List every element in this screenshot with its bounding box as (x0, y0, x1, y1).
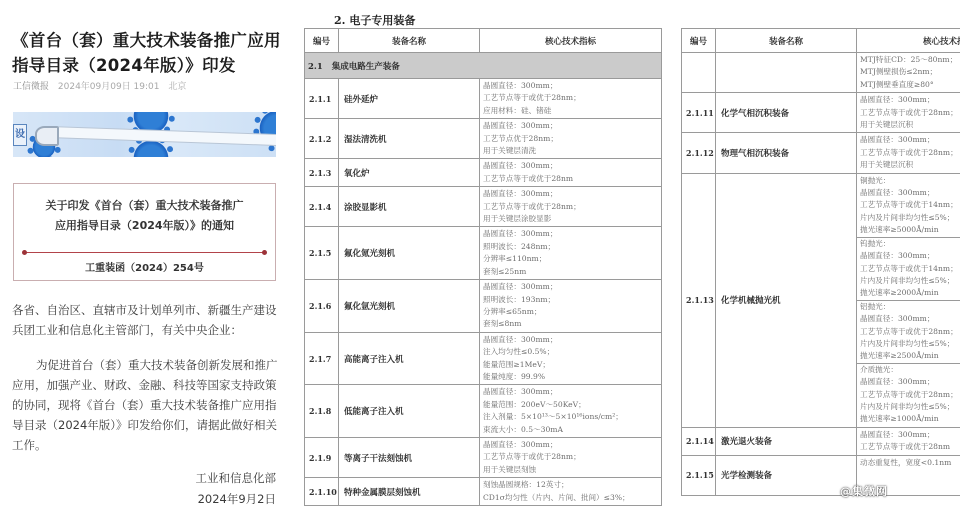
spec-line: 晶圆直径：300mm； (860, 313, 960, 325)
spec-line: 晶圆直径：300mm； (860, 187, 960, 199)
spec-line: 用于关键层清洗 (483, 145, 661, 157)
equipment-code: 2.1.6 (305, 280, 339, 333)
table-row: 2.1.11化学气相沉积装备晶圆直径：300mm；工艺节点等于或优于28nm；用… (682, 93, 960, 133)
signoff-organization: 工业和信息化部 (76, 470, 276, 486)
table-row: 2.1.15光学检测装备动态重复性，宽度<0.1nm (682, 455, 960, 495)
table-group-row: 2.1 集成电路生产装备 (305, 53, 662, 79)
table-row: 2.1.4涂胶显影机晶圆直径：300mm；工艺节点等于或优于28nm；用于关键层… (305, 187, 662, 227)
table-row: 2.1.8低能离子注入机晶圆直径：300mm；能量范围：200eV～50KeV；… (305, 385, 662, 438)
spec-line: 能量范围≥1MeV； (483, 359, 661, 371)
spec-line: 工艺节点等于或优于14nm； (860, 199, 960, 211)
equipment-code: 2.1.12 (682, 133, 716, 173)
equipment-code: 2.1.5 (305, 227, 339, 280)
spec-line: 晶圆直径：300mm； (860, 376, 960, 388)
spec-line: 动态重复性，宽度<0.1nm (860, 457, 960, 469)
spec-line: 照明波长：193nm； (483, 294, 661, 306)
table-row: 2.1.2湿法清洗机晶圆直径：300mm；工艺节点优于28nm；用于关键层清洗 (305, 119, 662, 159)
equipment-specs: 晶圆直径：300mm；工艺节点等于或优于28nm；用于关键层沉积 (857, 133, 960, 173)
equipment-specs: 晶圆直径：300mm；照明波长：193nm；分辨率≤65nm；套刻≤8nm (480, 280, 662, 333)
equipment-specs: 晶圆直径：300mm；能量范围：200eV～50KeV；注入剂量：5×10¹³～… (480, 385, 662, 438)
equipment-name: 物理气相沉积装备 (716, 133, 857, 173)
equipment-name: 激光退火装备 (716, 427, 857, 455)
spec-line: 晶圆直径：300mm； (483, 386, 661, 398)
watermark: @集微网 (840, 483, 888, 499)
spec-line: 抛光速率≥5000Å/min (860, 224, 960, 236)
spec-line: 晶圆直径：300mm； (860, 429, 960, 441)
spec-line: 用于关键层刻蚀 (483, 464, 661, 476)
spec-line: 工艺节点等于或优于28nm (483, 173, 661, 185)
equipment-name: 化学气相沉积装备 (716, 93, 857, 133)
equipment-code: 2.1.13 (682, 173, 716, 427)
spec-line: 片内及片间非均匀性≤5%； (860, 212, 960, 224)
equipment-name: 湿法清洗机 (339, 119, 480, 159)
equipment-name: 氟化氪光刻机 (339, 227, 480, 280)
spec-line: 用于关键层涂胶显影 (483, 213, 661, 225)
equipment-specs: 铜抛光：晶圆直径：300mm；工艺节点等于或优于14nm；片内及片间非均匀性≤5… (857, 173, 960, 427)
article-datetime: 2024年09月09日 19:01 (58, 82, 160, 92)
table-row: 2.1.5氟化氪光刻机晶圆直径：300mm；照明波长：248nm；分辨率≤110… (305, 227, 662, 280)
spec-line: 钨抛光： (860, 238, 960, 250)
equipment-name: 硅外延炉 (339, 79, 480, 119)
article-location: 北京 (168, 82, 186, 92)
spec-line: 套刻≤25nm (483, 266, 661, 278)
spec-line: 工艺节点等于或优于28nm； (483, 92, 661, 104)
table-row: 2.1.3氧化炉晶圆直径：300mm；工艺节点等于或优于28nm (305, 159, 662, 187)
equipment-specs: 晶圆直径：300mm；工艺节点等于或优于28nm；应用材料：硅、锗硅 (480, 79, 662, 119)
equipment-specs: 晶圆直径：300mm；注入均匀性≤0.5%；能量范围≥1MeV；能量纯度：99.… (480, 332, 662, 385)
spec-line: 应用材料：硅、锗硅 (483, 105, 661, 117)
spec-line: 抛光速率≥2500Å/min (860, 350, 960, 362)
equipment-table-continued: 编号 装备名称 核心技术指标 MTJ特征CD：25～80nm；MTJ侧壁损伤≤2… (681, 28, 960, 496)
spec-line: 刻蚀晶圆规格：12英寸； (483, 479, 661, 491)
table-row: 2.1.13化学机械抛光机铜抛光：晶圆直径：300mm；工艺节点等于或优于14n… (682, 173, 960, 427)
spec-line: 工艺节点等于或优于14nm； (860, 263, 960, 275)
spec-line: 用于关键层沉积 (860, 119, 960, 131)
spec-line: 晶圆直径：300mm； (483, 228, 661, 240)
spec-line: 能量纯度：99.9% (483, 371, 661, 383)
equipment-specs: 晶圆直径：300mm；工艺节点等于或优于28nm；用于关键层沉积 (857, 93, 960, 133)
spec-line: 铝抛光： (860, 301, 960, 313)
equipment-table: 编号 装备名称 核心技术指标 2.1 集成电路生产装备 2.1.1硅外延炉晶圆直… (304, 28, 662, 506)
table-row-continued: MTJ特征CD：25～80nm；MTJ侧壁损伤≤2nm；MTJ侧壁垂直度≥80° (682, 53, 960, 93)
red-divider (24, 252, 265, 253)
spec-line: 抛光速率≥1000Å/min (860, 413, 960, 425)
article-meta: 工信微报 2024年09月09日 19:01 北京 (13, 79, 192, 92)
article-source[interactable]: 工信微报 (13, 82, 49, 92)
equipment-name: 化学机械抛光机 (716, 173, 857, 427)
spec-line: CD1σ均匀性（片内、片间、批间）≤3%； (483, 492, 661, 504)
equipment-specs: 晶圆直径：300mm；工艺节点等于或优于28nm (857, 427, 960, 455)
equipment-name: 氧化炉 (339, 159, 480, 187)
spec-line: 工艺节点等于或优于28nm (860, 441, 960, 453)
spec-line: 晶圆直径：300mm； (483, 80, 661, 92)
equipment-specs: 晶圆直径：300mm；工艺节点优于28nm；用于关键层清洗 (480, 119, 662, 159)
spec-line: 工艺节点等于或优于28nm； (860, 107, 960, 119)
spec-line: 晶圆直径：300mm； (860, 94, 960, 106)
spec-line: 片内及片间非均匀性≤5%； (860, 275, 960, 287)
table-row: 2.1.7高能离子注入机晶圆直径：300mm；注入均匀性≤0.5%；能量范围≥1… (305, 332, 662, 385)
spec-line: 能量范围：200eV～50KeV； (483, 399, 661, 411)
table-header-row: 编号 装备名称 核心技术指标 (682, 29, 960, 53)
spec-line (860, 469, 960, 481)
spec-line: 照明波长：248nm； (483, 241, 661, 253)
spec-line: 晶圆直径：300mm； (860, 134, 960, 146)
spec-subgroup: 铝抛光：晶圆直径：300mm；工艺节点等于或优于28nm；片内及片间非均匀性≤5… (857, 300, 960, 363)
table-header-row: 编号 装备名称 核心技术指标 (305, 29, 662, 53)
article-panel: 《首台（套）重大技术装备推广应用指导目录（2024年版）》印发 工信微报 202… (0, 0, 290, 516)
column-header-name: 装备名称 (716, 29, 857, 53)
spec-line: 工艺节点等于或优于28nm； (860, 326, 960, 338)
notice-doc-number: 工重装函（2024）254号 (14, 259, 275, 274)
equipment-code: 2.1.14 (682, 427, 716, 455)
spec-line: 工艺节点等于或优于28nm； (483, 201, 661, 213)
spec-line: MTJ特征CD：25～80nm； (860, 54, 960, 66)
spec-line: 铜抛光： (860, 175, 960, 187)
spec-line: 工艺节点等于或优于28nm； (860, 389, 960, 401)
spec-line: 束流大小：0.5～30mA (483, 424, 661, 436)
spec-line: 介质抛光： (860, 364, 960, 376)
notice-title-line2: 应用指导目录（2024年版）》的通知 (14, 216, 275, 236)
equipment-code: 2.1.7 (305, 332, 339, 385)
spec-line: 晶圆直径：300mm； (483, 120, 661, 132)
spec-line: MTJ侧壁垂直度≥80° (860, 79, 960, 91)
catalog-page-2: 编号 装备名称 核心技术指标 MTJ特征CD：25～80nm；MTJ侧壁损伤≤2… (677, 0, 960, 516)
equipment-code: 2.1.15 (682, 455, 716, 495)
spec-line: 片内及片间非均匀性≤5%； (860, 338, 960, 350)
column-header-specs: 核心技术指标 (857, 29, 960, 53)
equipment-code: 2.1.4 (305, 187, 339, 227)
spec-line: 注入剂量：5×10¹³～5×10¹⁶ions/cm²； (483, 411, 661, 423)
spec-line: 片内及片间非均匀性≤5%； (860, 401, 960, 413)
equipment-code: 2.1.3 (305, 159, 339, 187)
spec-line: 用于关键层沉积 (860, 159, 960, 171)
body-paragraph: 为促进首台（套）重大技术装备创新发展和推广应用，加强产业、财政、金融、科技等国家… (12, 355, 282, 455)
equipment-code: 2.1.10 (305, 478, 339, 506)
table-row: 2.1.10特种金属膜层刻蚀机刻蚀晶圆规格：12英寸；CD1σ均匀性（片内、片间… (305, 478, 662, 506)
spec-subgroup: 钨抛光：晶圆直径：300mm；工艺节点等于或优于14nm；片内及片间非均匀性≤5… (857, 237, 960, 300)
notice-title-line1: 关于印发《首台（套）重大技术装备推广 (14, 196, 275, 216)
equipment-code: 2.1.2 (305, 119, 339, 159)
table-row: 2.1.12物理气相沉积装备晶圆直径：300mm；工艺节点等于或优于28nm；用… (682, 133, 960, 173)
equipment-code: 2.1.9 (305, 437, 339, 477)
spec-line: 分辨率≤65nm； (483, 306, 661, 318)
column-header-specs: 核心技术指标 (480, 29, 662, 53)
spec-line: 抛光速率≥2000Å/min (860, 287, 960, 299)
banner-logo: 设 (13, 124, 27, 146)
signoff-date: 2024年9月2日 (76, 491, 276, 507)
spec-line: 晶圆直径：300mm； (483, 334, 661, 346)
equipment-code: 2.1.11 (682, 93, 716, 133)
spec-line: MTJ侧壁损伤≤2nm； (860, 66, 960, 78)
equipment-name: 光学检测装备 (716, 455, 857, 495)
notice-title: 关于印发《首台（套）重大技术装备推广 应用指导目录（2024年版）》的通知 (14, 196, 275, 236)
spec-subgroup: 介质抛光：晶圆直径：300mm；工艺节点等于或优于28nm；片内及片间非均匀性≤… (857, 363, 960, 426)
equipment-specs: 晶圆直径：300mm；工艺节点等于或优于28nm；用于关键层刻蚀 (480, 437, 662, 477)
group-label: 2.1 集成电路生产装备 (305, 53, 662, 79)
equipment-code: 2.1.1 (305, 79, 339, 119)
continued-specs: MTJ特征CD：25～80nm；MTJ侧壁损伤≤2nm；MTJ侧壁垂直度≥80° (857, 53, 960, 93)
spec-subgroup: 铜抛光：晶圆直径：300mm；工艺节点等于或优于14nm；片内及片间非均匀性≤5… (857, 175, 960, 237)
equipment-specs: 晶圆直径：300mm；工艺节点等于或优于28nm (480, 159, 662, 187)
spec-line: 晶圆直径：300mm； (483, 439, 661, 451)
equipment-specs: 晶圆直径：300mm；工艺节点等于或优于28nm；用于关键层涂胶显影 (480, 187, 662, 227)
column-header-name: 装备名称 (339, 29, 480, 53)
spec-line: 晶圆直径：300mm； (483, 281, 661, 293)
equipment-code: 2.1.8 (305, 385, 339, 438)
robot-claw-graphic (35, 126, 59, 146)
equipment-name: 等离子干法刻蚀机 (339, 437, 480, 477)
equipment-name: 涂胶显影机 (339, 187, 480, 227)
salutation-paragraph: 各省、自治区、直辖市及计划单列市、新疆生产建设兵团工业和信息化主管部门，有关中央… (12, 300, 282, 340)
spec-line: 晶圆直径：300mm； (483, 188, 661, 200)
spec-line: 晶圆直径：300mm； (483, 160, 661, 172)
table-row: 2.1.14激光退火装备晶圆直径：300mm；工艺节点等于或优于28nm (682, 427, 960, 455)
spec-line: 工艺节点优于28nm； (483, 133, 661, 145)
table-row: 2.1.9等离子干法刻蚀机晶圆直径：300mm；工艺节点等于或优于28nm；用于… (305, 437, 662, 477)
spec-line: 工艺节点等于或优于28nm； (483, 451, 661, 463)
column-header-code: 编号 (305, 29, 339, 53)
table-row: 2.1.1硅外延炉晶圆直径：300mm；工艺节点等于或优于28nm；应用材料：硅… (305, 79, 662, 119)
equipment-specs: 刻蚀晶圆规格：12英寸；CD1σ均匀性（片内、片间、批间）≤3%； (480, 478, 662, 506)
equipment-name: 特种金属膜层刻蚀机 (339, 478, 480, 506)
table-row: 2.1.6氟化氩光刻机晶圆直径：300mm；照明波长：193nm；分辨率≤65n… (305, 280, 662, 333)
spec-line: 晶圆直径：300mm； (860, 250, 960, 262)
article-title: 《首台（套）重大技术装备推广应用指导目录（2024年版）》印发 (12, 28, 282, 78)
section-heading: 2. 电子专用装备 (334, 12, 415, 28)
banner-image: 设 (13, 112, 276, 157)
spec-line: 分辨率≤110nm； (483, 253, 661, 265)
notice-header-box: 关于印发《首台（套）重大技术装备推广 应用指导目录（2024年版）》的通知 工重… (13, 183, 276, 281)
equipment-name: 高能离子注入机 (339, 332, 480, 385)
catalog-page-1: 2. 电子专用装备 编号 装备名称 核心技术指标 2.1 集成电路生产装备 2.… (296, 0, 670, 516)
spec-line: 套刻≤8nm (483, 318, 661, 330)
spec-line: 工艺节点等于或优于28nm； (860, 147, 960, 159)
equipment-name: 氟化氩光刻机 (339, 280, 480, 333)
equipment-name: 低能离子注入机 (339, 385, 480, 438)
column-header-code: 编号 (682, 29, 716, 53)
spec-line: 注入均匀性≤0.5%； (483, 346, 661, 358)
equipment-specs: 晶圆直径：300mm；照明波长：248nm；分辨率≤110nm；套刻≤25nm (480, 227, 662, 280)
